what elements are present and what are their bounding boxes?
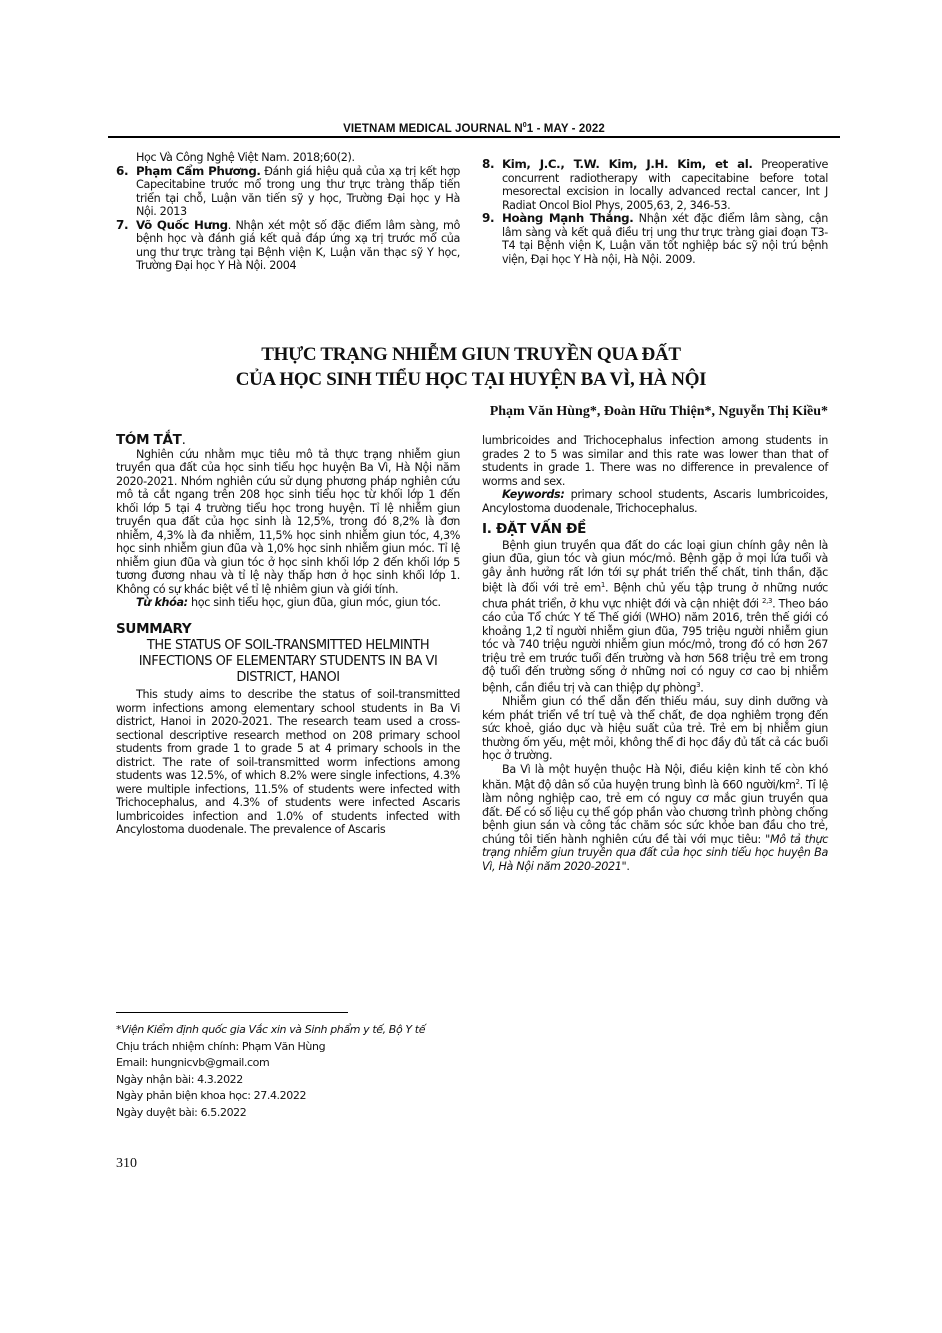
footnotes: *Viện Kiểm định quốc gia Vắc xin và Sinh…	[116, 1022, 466, 1121]
intro-paragraph-1: Bệnh giun truyền qua đất do các loại giu…	[482, 539, 828, 696]
reference-item: 8.Kim, J.C., T.W. Kim, J.H. Kim, et al. …	[482, 158, 828, 212]
date-accepted: Ngày duyệt bài: 6.5.2022	[116, 1105, 466, 1122]
header-rule	[108, 136, 840, 138]
intro-paragraph-3: Ba Vì là một huyện thuộc Hà Nội, điều ki…	[482, 763, 828, 874]
abstract-body: Nghiên cứu nhằm mục tiêu mô tả thực trạn…	[116, 448, 460, 597]
running-head: VIETNAM MEDICAL JOURNAL N01 - MAY - 2022	[108, 122, 840, 135]
article-title: THỰC TRẠNG NHIỄM GIUN TRUYỀN QUA ĐẤT CỦA…	[150, 342, 792, 392]
section-heading-introduction: I. ĐẶT VẤN ĐỀ	[482, 523, 828, 537]
left-column: TÓM TẮT. Nghiên cứu nhằm mục tiêu mô tả …	[116, 434, 460, 837]
abstract-heading: TÓM TẮT.	[116, 434, 460, 448]
intro-paragraph-2: Nhiễm giun có thể dẫn đến thiếu máu, suy…	[482, 695, 828, 763]
affiliation: *Viện Kiểm định quốc gia Vắc xin và Sinh…	[116, 1022, 466, 1039]
summary-title: THE STATUS OF SOIL-TRANSMITTED HELMINTH …	[116, 638, 460, 686]
summary-body-continued: lumbricoides and Trichocephalus infectio…	[482, 434, 828, 488]
abstract-keywords: Từ khóa: học sinh tiểu học, giun đũa, gi…	[116, 596, 460, 610]
page-number: 310	[116, 1156, 137, 1172]
summary-keywords: Keywords: primary school students, Ascar…	[482, 488, 828, 515]
right-column: lumbricoides and Trichocephalus infectio…	[482, 434, 828, 873]
reference-item: 7.Võ Quốc Hưng. Nhận xét một số đặc điểm…	[116, 219, 460, 273]
date-reviewed: Ngày phản biện khoa học: 27.4.2022	[116, 1088, 466, 1105]
references-right: 8.Kim, J.C., T.W. Kim, J.H. Kim, et al. …	[482, 158, 828, 266]
corresponding-author: Chịu trách nhiệm chính: Phạm Văn Hùng	[116, 1039, 466, 1056]
article-authors: Phạm Văn Hùng*, Đoàn Hữu Thiện*, Nguyễn …	[300, 404, 828, 420]
reference-item: 6.Phạm Cẩm Phương. Đánh giá hiệu quả của…	[116, 165, 460, 219]
reference-item: 9.Hoàng Mạnh Thắng. Nhận xét đặc điểm lâ…	[482, 212, 828, 266]
reference-continuation: Học Và Công Nghệ Việt Nam. 2018;60(2).	[116, 151, 460, 165]
journal-page: VIETNAM MEDICAL JOURNAL N01 - MAY - 2022…	[0, 0, 942, 1333]
summary-body: This study aims to describe the status o…	[116, 688, 460, 837]
date-received: Ngày nhận bài: 4.3.2022	[116, 1072, 466, 1089]
footnote-rule	[116, 1012, 348, 1013]
summary-heading: SUMMARY	[116, 623, 460, 637]
references-left: Học Và Công Nghệ Việt Nam. 2018;60(2). 6…	[116, 151, 460, 273]
email: Email: hungnicvb@gmail.com	[116, 1055, 466, 1072]
